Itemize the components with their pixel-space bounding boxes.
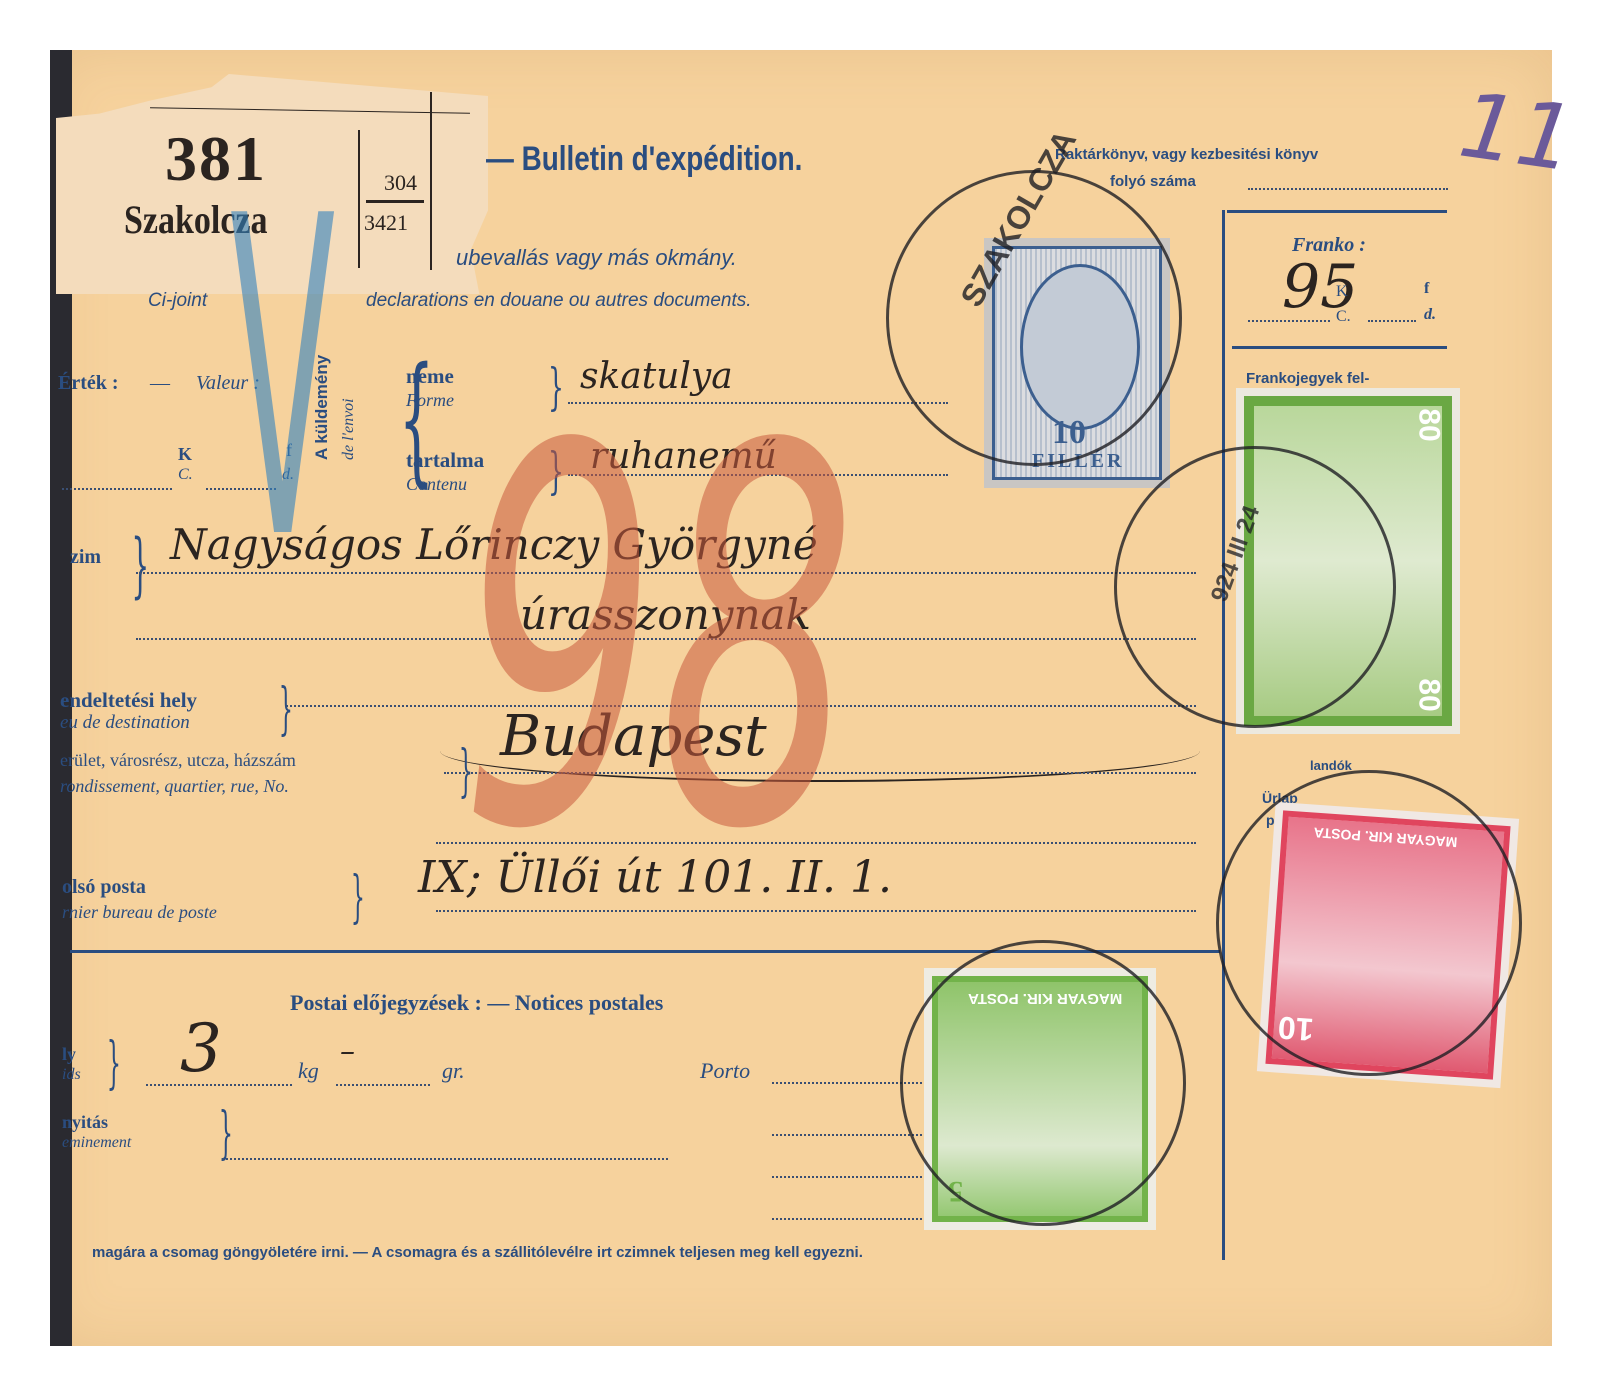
- envoi-content-fr: Contenu: [406, 474, 467, 495]
- header-right-line2: folyó száma: [1110, 173, 1196, 190]
- folyo-szama-line: [1248, 188, 1448, 190]
- label-divider: [358, 130, 360, 268]
- weight-label-hu: ly: [62, 1044, 76, 1065]
- stamp-value-top: 80: [1412, 408, 1446, 441]
- porto-line-3: [772, 1176, 922, 1178]
- declarations-hu: ubevallás vagy más okmány.: [456, 245, 737, 271]
- destination-label-hu: endeltetési hely: [60, 688, 197, 713]
- value-label-hu: Érték :: [58, 372, 119, 395]
- porto-line-2: [772, 1134, 922, 1136]
- franko-k-line: [1248, 320, 1330, 322]
- franko-f-line: [1368, 320, 1416, 322]
- franko-stamps-label: Frankojegyek fel-: [1246, 370, 1369, 387]
- opening-label-hu: nyitás: [62, 1112, 108, 1133]
- franko-top-rule: [1227, 210, 1447, 213]
- kg-label: kg: [298, 1058, 319, 1084]
- label-fraction-top: 304: [384, 170, 417, 196]
- address-brace: }: [131, 530, 149, 600]
- district-label-hu: erület, városrész, utcza, házszám: [60, 750, 296, 771]
- destination-brace: }: [279, 682, 293, 738]
- last-post-label-fr: rnier bureau de poste: [62, 902, 217, 923]
- envoi-vertical-fr: de l'envoi: [340, 398, 358, 460]
- last-post-brace: }: [351, 870, 365, 926]
- fraction-bar: [366, 200, 424, 203]
- weight-value: 3: [180, 1010, 222, 1087]
- right-column-rule: [1222, 210, 1225, 1260]
- envoi-form-hu: neme: [406, 364, 454, 389]
- porto-label: Porto: [700, 1058, 750, 1084]
- footer-instructions: magára a csomag göngyöletére irni. — A c…: [92, 1244, 863, 1261]
- kg-value: –: [340, 1034, 355, 1069]
- declarations-fr-prefix: Ci-joint: [148, 290, 207, 312]
- red-crayon-annotation: 98: [460, 380, 857, 900]
- value-k-line: [62, 488, 172, 490]
- postmark-4: [900, 940, 1186, 1226]
- blue-crayon-annotation: V: [230, 160, 335, 600]
- value-unit-c: C.: [178, 466, 193, 484]
- value-unit-k: K: [178, 444, 192, 465]
- franko-unit-k: K: [1336, 283, 1348, 301]
- opening-brace: }: [219, 1106, 233, 1162]
- declarations-fr: declarations en douane ou autres documen…: [366, 290, 752, 312]
- weight-brace: }: [107, 1036, 121, 1092]
- franko-unit-d: d.: [1424, 306, 1436, 324]
- porto-line-4: [772, 1218, 922, 1220]
- postmark-2: [1114, 446, 1396, 728]
- pencil-mark-11: 11: [1453, 73, 1581, 193]
- stamp-value-bottom: 80: [1412, 678, 1446, 711]
- gr-label: gr.: [442, 1058, 465, 1084]
- value-dash: —: [150, 372, 170, 395]
- label-divider-2: [430, 92, 432, 270]
- franko-bottom-rule: [1232, 346, 1447, 349]
- postmark-3: [1216, 770, 1522, 1076]
- weight-label-fr: ids: [62, 1066, 81, 1084]
- address-label: zim: [70, 546, 101, 569]
- district-label-fr: rondissement, quartier, rue, No.: [60, 776, 289, 797]
- document-title: — Bulletin d'expédition.: [486, 140, 802, 179]
- postal-notes-heading: Postai előjegyzések : — Notices postales: [290, 990, 663, 1016]
- weight-gr-line: [336, 1084, 430, 1086]
- label-fraction-bottom: 3421: [364, 210, 408, 236]
- header-right-line1: Raktárkönyv, vagy kezbesitési könyv: [1055, 146, 1318, 163]
- weight-kg-line: [146, 1084, 292, 1086]
- franko-unit-c: C.: [1336, 308, 1351, 326]
- envoi-form-fr: Forme: [406, 390, 454, 411]
- last-post-label-hu: olsó posta: [62, 876, 146, 899]
- destination-label-fr: eu de destination: [60, 712, 190, 734]
- opening-line: [222, 1158, 668, 1160]
- franko-unit-f: f: [1424, 280, 1429, 298]
- opening-label-fr: eminement: [62, 1134, 131, 1152]
